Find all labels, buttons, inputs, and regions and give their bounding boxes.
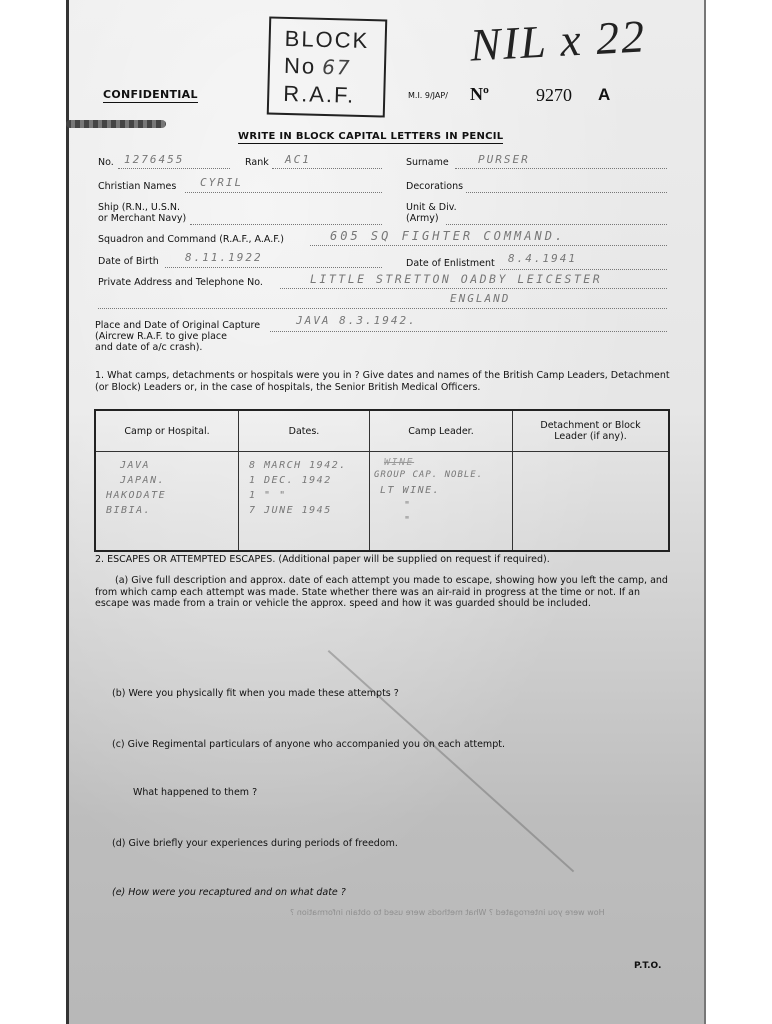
col-camp-header: Camp or Hospital. (95, 410, 239, 452)
squadron-value[interactable]: 605 SQ FIGHTER COMMAND. (330, 229, 565, 243)
rank-label: Rank (245, 157, 269, 168)
squadron-label: Squadron and Command (R.A.F., A.A.F.) (98, 234, 284, 245)
dob-label: Date of Birth (98, 256, 159, 267)
christian-names-value[interactable]: CYRIL (200, 176, 243, 189)
ship-label-line-2: or Merchant Navy) (98, 213, 186, 224)
leader-entry: " (374, 513, 508, 528)
leader-struck-entry: WINE (374, 458, 508, 468)
surname-value[interactable]: PURSER (478, 153, 530, 166)
serial-number: 9270 (536, 85, 572, 106)
date-entry: 7 JUNE 1945 (249, 503, 365, 518)
camp-cell[interactable]: JAVA JAPAN. HAKODATE BIBIA. (95, 452, 239, 552)
serial-suffix: A (598, 85, 610, 105)
capture-value[interactable]: JAVA 8.3.1942. (296, 314, 417, 327)
camp-entry: JAPAN. (106, 473, 234, 488)
detachment-cell[interactable] (513, 452, 670, 552)
stamp-no-label: No (284, 53, 317, 79)
capture-label: Place and Date of Original Capture(Aircr… (95, 320, 260, 353)
dates-cell[interactable]: 8 MARCH 1942. 1 DEC. 1942 1 " " 7 JUNE 1… (239, 452, 370, 552)
surname-label: Surname (406, 157, 449, 168)
date-entry: 1 DEC. 1942 (249, 473, 365, 488)
question-2d: (d) Give briefly your experiences during… (112, 838, 398, 849)
capture-label-line-3: and date of a/c crash). (95, 342, 260, 353)
unit-label: Unit & Div.(Army) (406, 202, 457, 224)
col-dates-header: Dates. (239, 410, 370, 452)
no-label: No. (98, 157, 114, 168)
col-leader-header: Camp Leader. (370, 410, 513, 452)
address-line-2[interactable]: ENGLAND (450, 292, 510, 305)
binding-tag (66, 120, 166, 128)
ship-label: Ship (R.N., U.S.N.or Merchant Navy) (98, 202, 186, 224)
question-2c: (c) Give Regimental particulars of anyon… (112, 739, 505, 750)
camp-entry: HAKODATE (106, 488, 234, 503)
dob-value[interactable]: 8.11.1922 (185, 251, 263, 264)
question-2b: (b) Were you physically fit when you mad… (112, 688, 399, 699)
leader-cell[interactable]: WINE GROUP CAP. NOBLE. LT WINE. " " (370, 452, 513, 552)
question-2a: (a) Give full description and approx. da… (95, 575, 673, 610)
leader-entry: LT WINE. (374, 483, 508, 498)
stamp-line-1: BLOCK (284, 25, 385, 55)
question-2e: (e) How were you recaptured and on what … (112, 887, 346, 898)
section-2-heading: 2. ESCAPES OR ATTEMPTED ESCAPES. (Additi… (95, 554, 550, 566)
number-symbol: Nº (470, 84, 489, 105)
table-row: JAVA JAPAN. HAKODATE BIBIA. 8 MARCH 1942… (95, 452, 669, 552)
question-2c-followup: What happened to them ? (133, 787, 257, 798)
leader-entry: GROUP CAP. NOBLE. (374, 468, 508, 483)
table-header-row: Camp or Hospital. Dates. Camp Leader. De… (95, 410, 669, 452)
section-1-question: 1. What camps, detachments or hospitals … (95, 370, 673, 393)
rank-value[interactable]: AC1 (285, 153, 311, 166)
address-label: Private Address and Telephone No. (98, 277, 263, 288)
form-reference: M.I. 9/JAP/ (408, 91, 448, 100)
camp-entry: JAVA (106, 458, 234, 473)
date-entry: 1 " " (249, 488, 365, 503)
stamp-block-number: 67 (322, 55, 352, 80)
decorations-label: Decorations (406, 181, 463, 192)
camp-entry: BIBIA. (106, 503, 234, 518)
pto-label: P.T.O. (634, 961, 661, 971)
camps-table: Camp or Hospital. Dates. Camp Leader. De… (94, 409, 670, 552)
col-detachment-header: Detachment or Block Leader (if any). (513, 410, 670, 452)
christian-names-label: Christian Names (98, 181, 176, 192)
handwritten-annotation: NIL x 22 (469, 9, 648, 71)
bleed-through-text: How were you interrogated ? What methods… (290, 908, 605, 917)
address-line-1[interactable]: LITTLE STRETTON OADBY LEICESTER (310, 272, 602, 286)
unit-label-line-2: (Army) (406, 213, 457, 224)
block-stamp: BLOCK No67 R.A.F. (267, 16, 388, 117)
instruction-heading: WRITE IN BLOCK CAPITAL LETTERS IN PENCIL (238, 131, 503, 144)
enlistment-value[interactable]: 8.4.1941 (508, 252, 577, 265)
capture-label-line-1: Place and Date of Original Capture (95, 320, 260, 331)
ship-label-line-1: Ship (R.N., U.S.N. (98, 202, 186, 213)
unit-label-line-1: Unit & Div. (406, 202, 457, 213)
date-entry: 8 MARCH 1942. (249, 458, 365, 473)
stamp-line-2: No67 (284, 52, 385, 83)
enlistment-label: Date of Enlistment (406, 258, 495, 269)
capture-label-line-2: (Aircrew R.A.F. to give place (95, 331, 260, 342)
no-value[interactable]: 1276455 (124, 153, 184, 166)
classification-label: CONFIDENTIAL (103, 88, 198, 103)
leader-entry: " (374, 498, 508, 513)
stamp-line-3: R.A.F. (283, 80, 384, 110)
